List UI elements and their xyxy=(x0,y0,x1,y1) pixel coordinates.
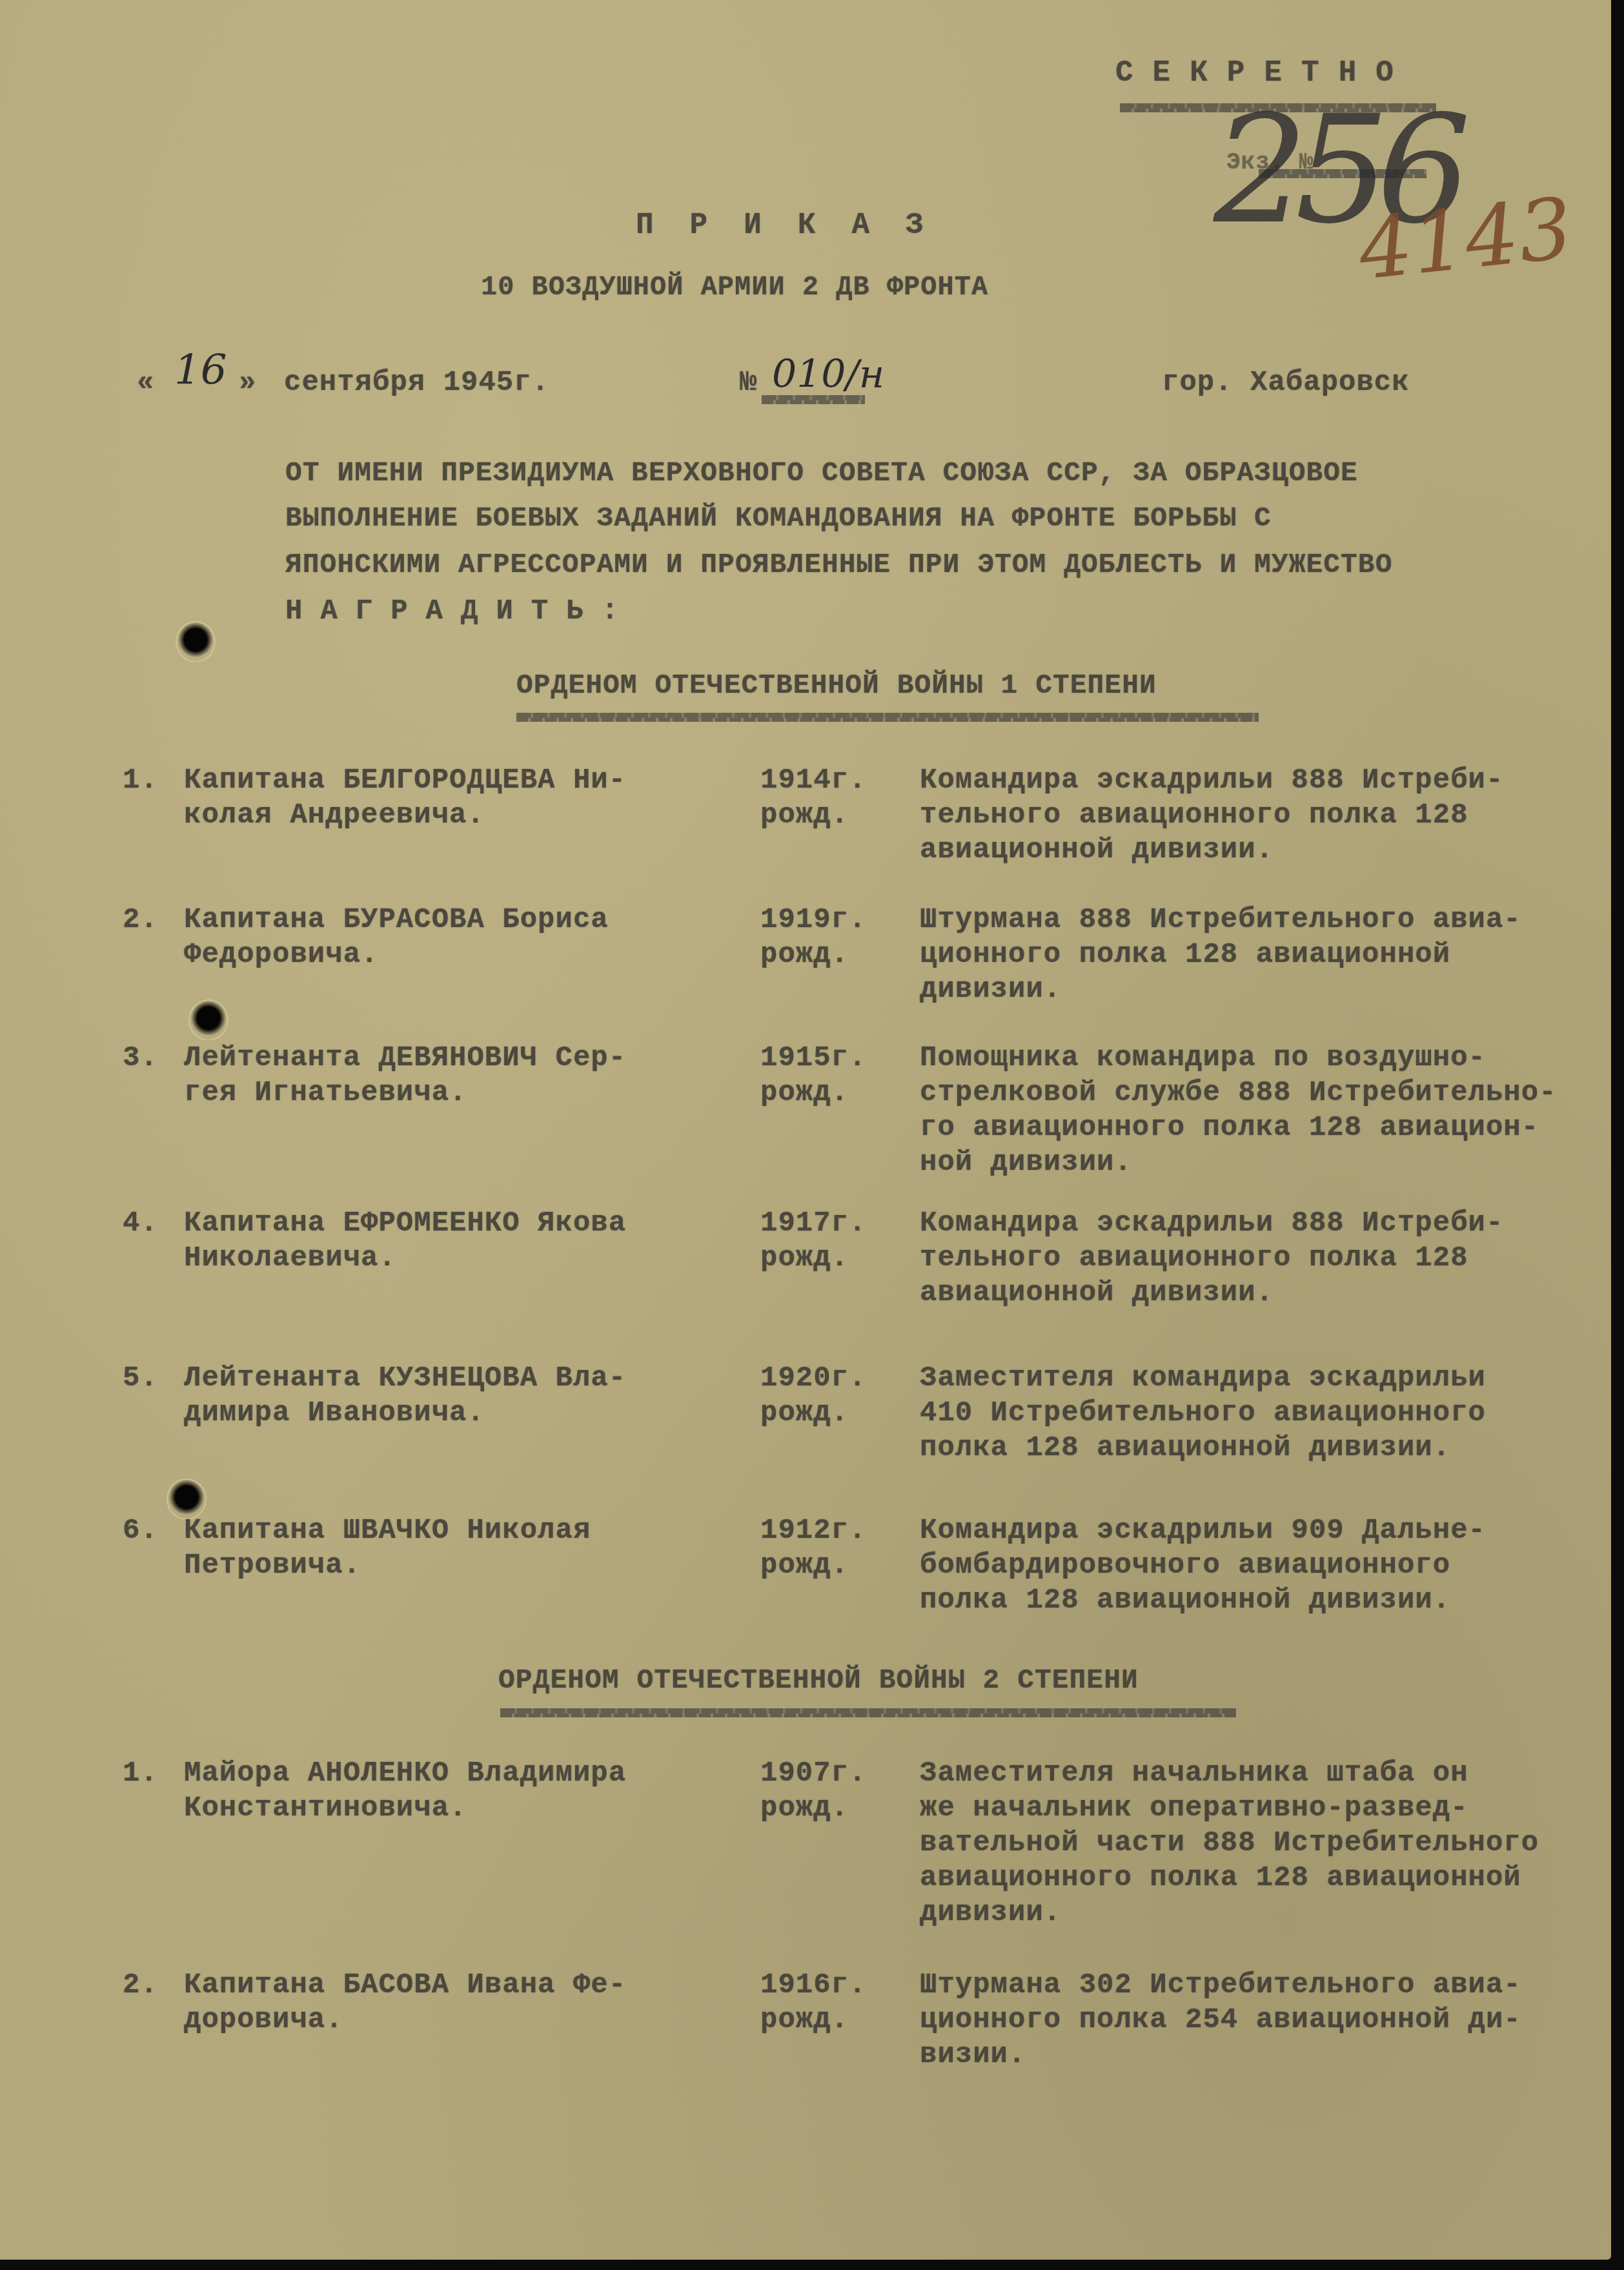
hole-punch-mark xyxy=(188,999,228,1041)
entry-birth-label: рожд. xyxy=(760,798,849,833)
entry-name-line: гея Игнатьевича. xyxy=(184,1076,467,1110)
entry-name-line: Капитана БАСОВА Ивана Фе- xyxy=(184,1968,626,2003)
entry-name-line: Лейтенанта КУЗНЕЦОВА Вла- xyxy=(184,1361,626,1396)
entry-number: 1. xyxy=(123,763,158,798)
entry-number: 6. xyxy=(123,1513,158,1548)
entry-desc-line: же начальник оперативно-развед- xyxy=(920,1791,1468,1826)
entry-desc-line: дивизии. xyxy=(920,972,1061,1007)
section-2-heading: ОРДЕНОМ ОТЕЧЕСТВЕННОЙ ВОЙНЫ 2 СТЕПЕНИ xyxy=(498,1663,1139,1698)
entry-desc-line: тельного авиационного полка 128 xyxy=(920,1241,1468,1276)
entry-desc-line: полка 128 авиационной дивизии. xyxy=(920,1583,1450,1618)
entry-desc-line: авиационной дивизии. xyxy=(920,1276,1274,1311)
entry-birth-label: рожд. xyxy=(760,1241,849,1276)
order-subtitle: 10 ВОЗДУШНОЙ АРМИИ 2 ДВ ФРОНТА xyxy=(481,270,988,305)
entry-desc-line: ной дивизии. xyxy=(920,1145,1132,1180)
entry-birth-year: 1907г. xyxy=(760,1756,866,1791)
entry-birth-label: рожд. xyxy=(760,2003,849,2038)
date-day-handwritten: 16 xyxy=(174,345,227,396)
entry-birth-year: 1915г. xyxy=(760,1041,866,1076)
entry-number: 4. xyxy=(123,1206,158,1241)
section-1-heading: ОРДЕНОМ ОТЕЧЕСТВЕННОЙ ВОЙНЫ 1 СТЕПЕНИ xyxy=(516,668,1157,703)
entry-name-line: доровича. xyxy=(184,2003,343,2038)
entry-name-line: димира Ивановича. xyxy=(184,1396,485,1431)
entry-desc-line: визии. xyxy=(920,2038,1026,2072)
order-number-handwritten: 010/н xyxy=(772,349,884,400)
entry-number: 2. xyxy=(123,903,158,937)
document-page: СЕКРЕТНО Экз. № 256 4143 ПРИКАЗ 10 ВОЗДУ… xyxy=(0,0,1611,2260)
hole-punch-mark xyxy=(176,621,216,662)
preamble-line-2: ВЫПОЛНЕНИЕ БОЕВЫХ ЗАДАНИЙ КОМАНДОВАНИЯ Н… xyxy=(285,501,1272,536)
handwritten-registration-number: 4143 xyxy=(1355,183,1577,295)
entry-desc-line: тельного авиационного полка 128 xyxy=(920,798,1468,833)
entry-desc-line: ционного полка 128 авиационной xyxy=(920,937,1450,972)
entry-name-line: Капитана БЕЛГОРОДЦЕВА Ни- xyxy=(184,763,626,798)
entry-desc-line: го авиационного полка 128 авиацион- xyxy=(920,1110,1539,1145)
entry-name-line: Петровича. xyxy=(184,1548,361,1583)
entry-birth-year: 1917г. xyxy=(760,1206,866,1241)
date-open-quote: « xyxy=(137,365,154,400)
order-heading: ПРИКАЗ xyxy=(636,208,960,243)
entry-name-line: Капитана ЕФРОМЕЕНКО Якова xyxy=(184,1206,626,1241)
entry-desc-line: Заместителя начальника штаба он xyxy=(920,1756,1468,1791)
entry-desc-line: полка 128 авиационной дивизии. xyxy=(920,1431,1450,1466)
preamble-line-3: ЯПОНСКИМИ АГРЕССОРАМИ И ПРОЯВЛЕННЫЕ ПРИ … xyxy=(285,547,1392,582)
order-number-prefix: № xyxy=(740,365,757,400)
entry-birth-label: рожд. xyxy=(760,1076,849,1110)
section-2-underline xyxy=(500,1708,1236,1716)
entry-desc-line: дивизии. xyxy=(920,1896,1061,1930)
entry-birth-label: рожд. xyxy=(760,1396,849,1431)
date-month-year: сентября 1945г. xyxy=(284,365,549,400)
entry-number: 2. xyxy=(123,1968,158,2003)
entry-desc-line: Помощника командира по воздушно- xyxy=(920,1041,1486,1076)
entry-number: 1. xyxy=(123,1756,158,1791)
entry-name-line: Федоровича. xyxy=(184,937,378,972)
award-verb: НАГРАДИТЬ: xyxy=(285,594,636,629)
entry-birth-label: рожд. xyxy=(760,1548,849,1583)
entry-name-line: Лейтенанта ДЕВЯНОВИЧ Сер- xyxy=(184,1041,626,1076)
section-1-underline xyxy=(516,713,1259,721)
entry-desc-line: авиационного полка 128 авиационной xyxy=(920,1861,1521,1896)
entry-desc-line: Командира эскадрильи 888 Истреби- xyxy=(920,1206,1503,1241)
entry-desc-line: Командира эскадрильи 909 Дальне- xyxy=(920,1513,1486,1548)
entry-desc-line: Командира эскадрильи 888 Истреби- xyxy=(920,763,1503,798)
entry-desc-line: Штурмана 302 Истребительного авиа- xyxy=(920,1968,1521,2003)
entry-desc-line: ционного полка 254 авиационной ди- xyxy=(920,2003,1521,2038)
entry-desc-line: бомбардировочного авиационного xyxy=(920,1548,1450,1583)
date-close-quote: » xyxy=(239,365,256,400)
entry-name-line: Константиновича. xyxy=(184,1791,467,1826)
entry-desc-line: 410 Истребительного авиационного xyxy=(920,1396,1486,1431)
entry-birth-label: рожд. xyxy=(760,937,849,972)
entry-name-line: колая Андреевича. xyxy=(184,798,485,833)
entry-birth-year: 1914г. xyxy=(760,763,866,798)
entry-number: 5. xyxy=(123,1361,158,1396)
entry-name-line: Майора АНОЛЕНКО Владимира xyxy=(184,1756,626,1791)
entry-birth-label: рожд. xyxy=(760,1791,849,1826)
entry-desc-line: Заместителя командира эскадрильи xyxy=(920,1361,1486,1396)
entry-birth-year: 1919г. xyxy=(760,903,866,937)
entry-name-line: Николаевича. xyxy=(184,1241,396,1276)
preamble-line-1: ОТ ИМЕНИ ПРЕЗИДИУМА ВЕРХОВНОГО СОВЕТА СО… xyxy=(285,456,1358,491)
entry-number: 3. xyxy=(123,1041,158,1076)
entry-desc-line: Штурмана 888 Истребительного авиа- xyxy=(920,903,1521,937)
entry-birth-year: 1912г. xyxy=(760,1513,866,1548)
order-city: гор. Хабаровск xyxy=(1162,365,1410,400)
entry-name-line: Капитана ШВАЧКО Николая xyxy=(184,1513,591,1548)
entry-name-line: Капитана БУРАСОВА Бориса xyxy=(184,903,609,937)
entry-desc-line: стрелковой службе 888 Истребительно- xyxy=(920,1076,1557,1110)
entry-desc-line: вательной части 888 Истребительного xyxy=(920,1826,1539,1861)
entry-birth-year: 1916г. xyxy=(760,1968,866,2003)
entry-desc-line: авиационной дивизии. xyxy=(920,833,1274,868)
order-number-underline xyxy=(762,395,865,400)
entry-birth-year: 1920г. xyxy=(760,1361,866,1396)
